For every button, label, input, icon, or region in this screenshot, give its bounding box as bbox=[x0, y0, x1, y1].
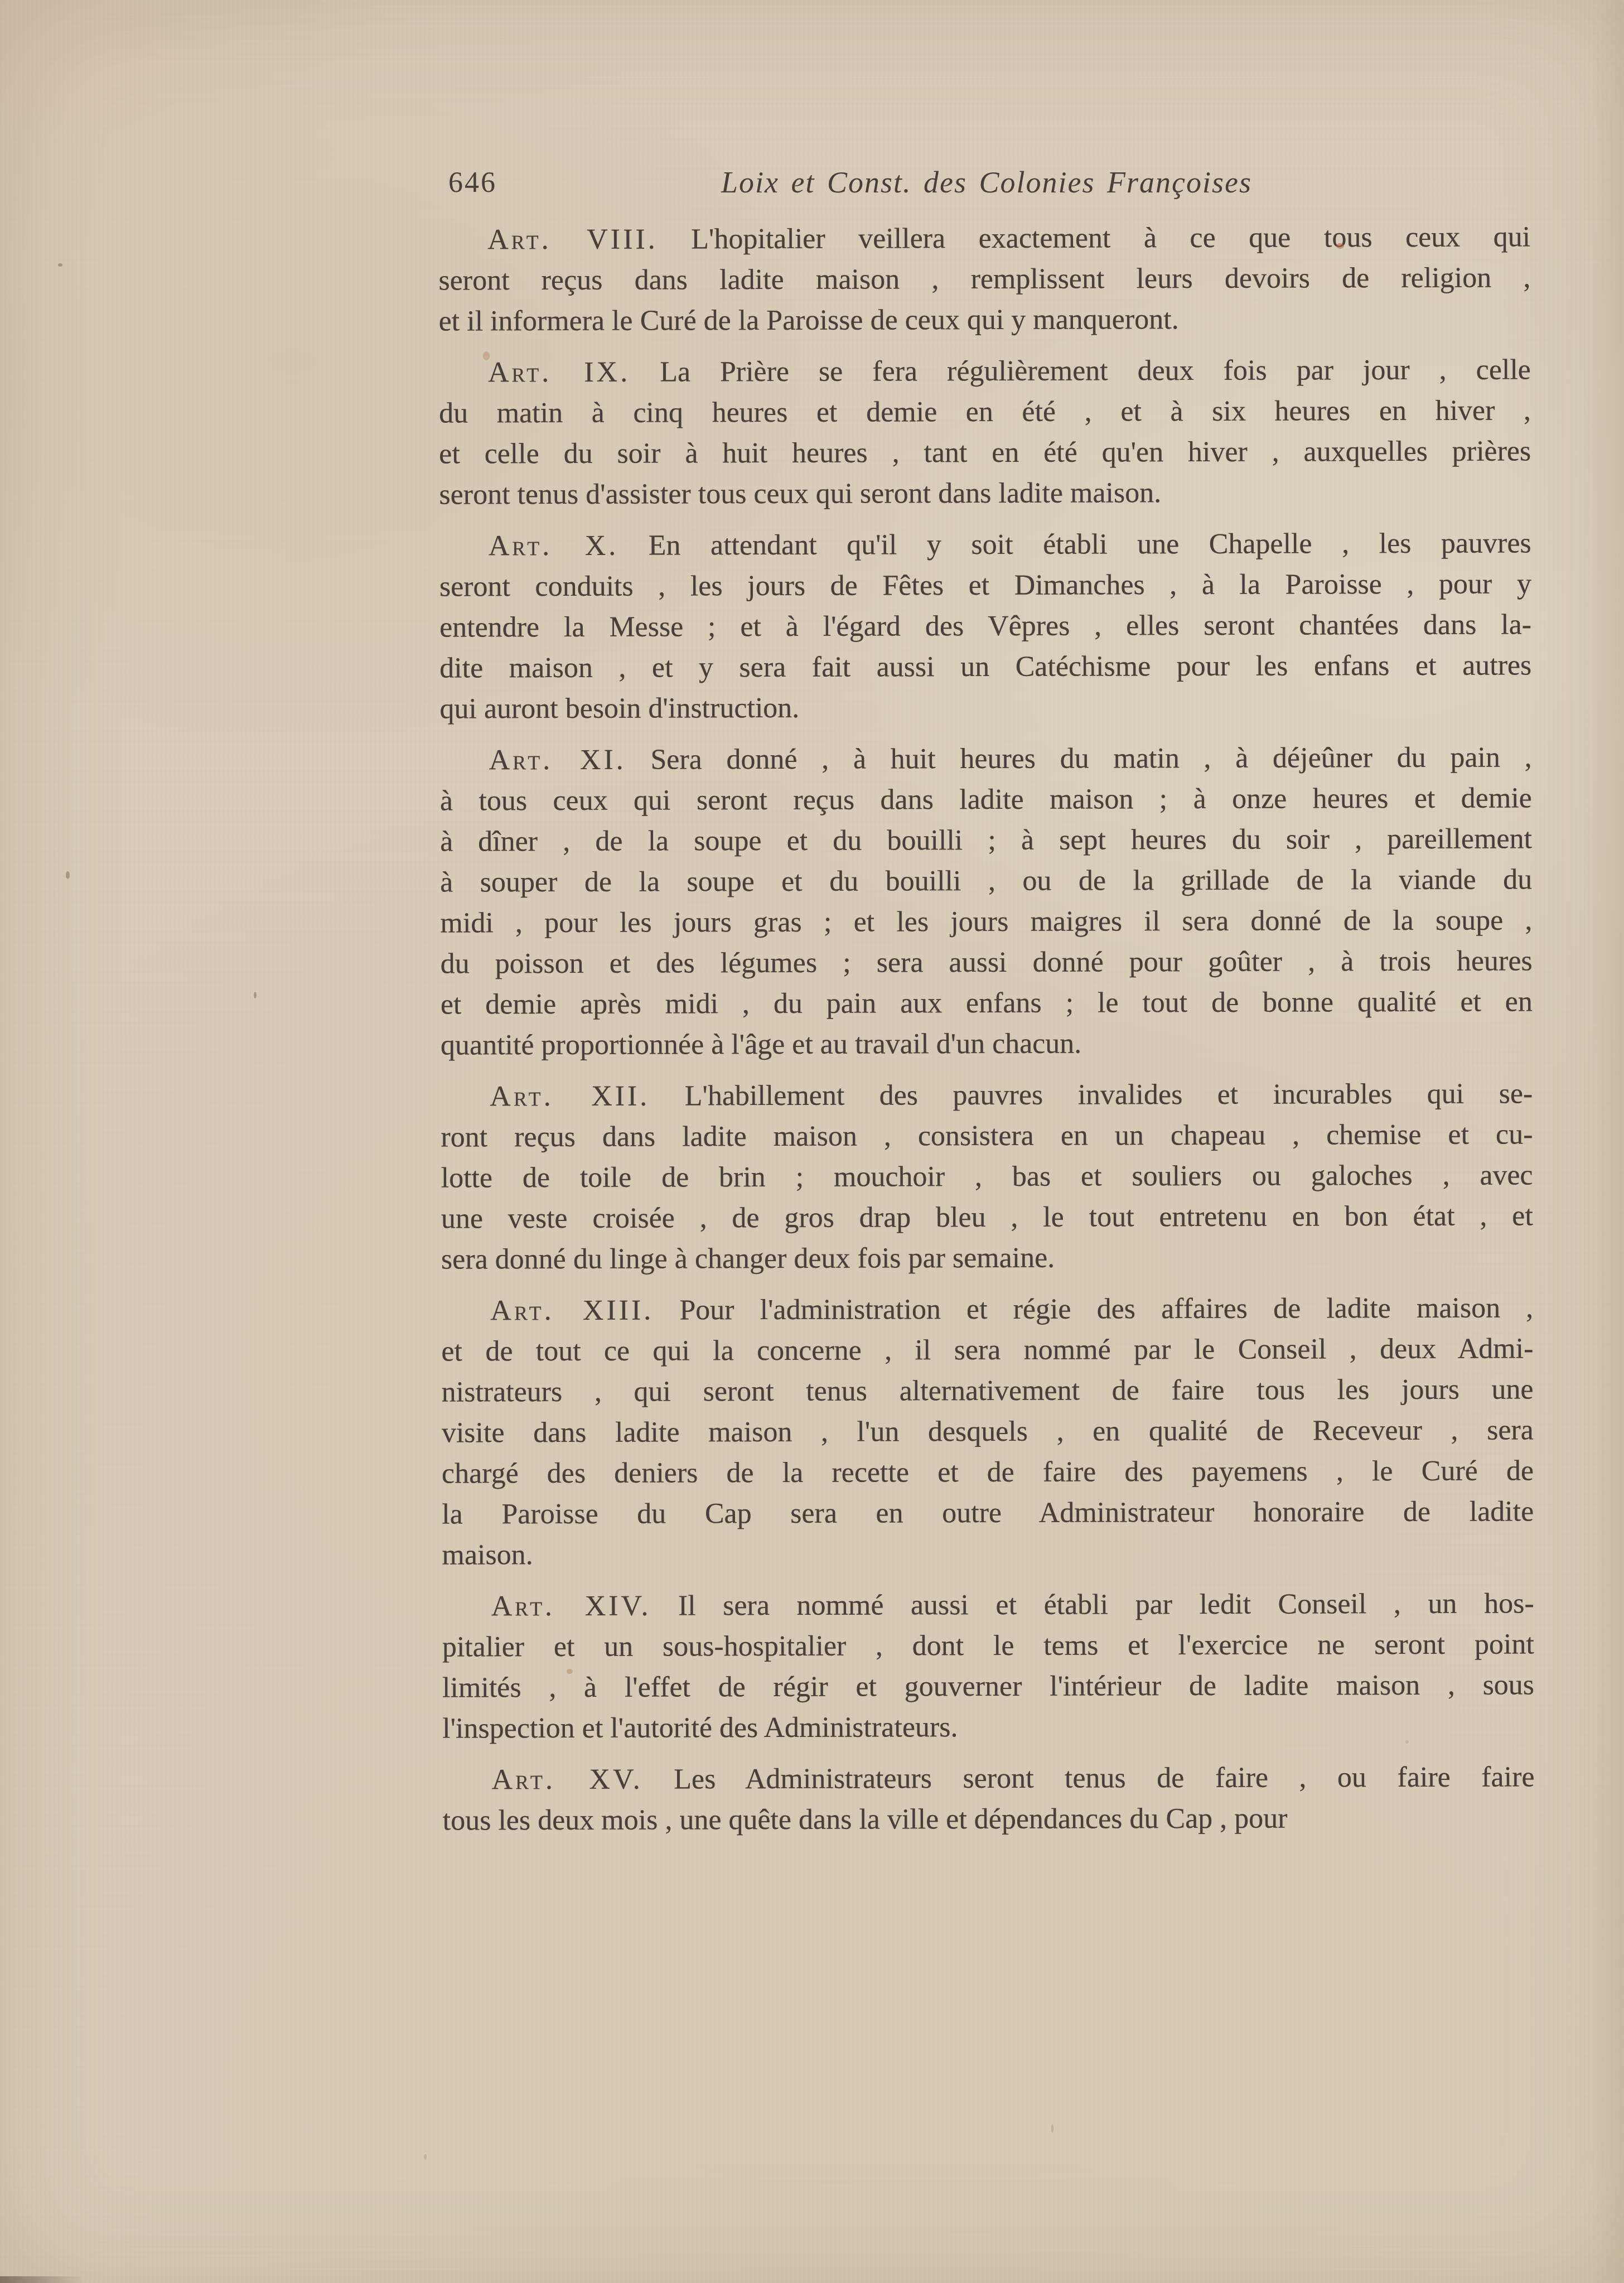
text-line: l'inspection et l'autorité des Administr… bbox=[442, 1705, 1534, 1749]
running-title: Loix et Const. des Colonies Françoises bbox=[721, 166, 1252, 199]
text-line: à souper de la soupe et du bouilli , ou … bbox=[440, 859, 1532, 902]
text-line: qui auront besoin d'instruction. bbox=[439, 686, 1531, 729]
text-line: du poisson et des légumes ; sera aussi d… bbox=[441, 940, 1533, 984]
text-line: et de tout ce qui la concerne , il sera … bbox=[441, 1328, 1533, 1372]
text-line: tous les deux mois , une quête dans la v… bbox=[443, 1797, 1535, 1841]
text-line: dite maison , et y sera fait aussi un Ca… bbox=[439, 645, 1531, 688]
paper-speck bbox=[58, 263, 62, 267]
text-line: limités , à l'effet de régir et gouverne… bbox=[442, 1664, 1534, 1708]
text-line: la Paroisse du Cap sera en outre Adminis… bbox=[442, 1491, 1534, 1534]
text-line: une veste croisée , de gros drap bleu , … bbox=[441, 1195, 1533, 1239]
text-line: et demie après midi , du pain aux enfans… bbox=[441, 981, 1533, 1025]
text-line: midi , pour les jours gras ; et les jour… bbox=[440, 900, 1532, 943]
text-line: Art. VIII. L'hopitalier veillera exactem… bbox=[438, 216, 1530, 260]
text-line: Art. XV. Les Administrateurs seront tenu… bbox=[442, 1756, 1534, 1800]
text-line: Art. XIII. Pour l'administration et régi… bbox=[441, 1287, 1533, 1331]
text-line: maison. bbox=[442, 1532, 1534, 1575]
text-line: quantité proportionnée à l'âge et au tra… bbox=[441, 1022, 1533, 1065]
text-line: et celle du soir à huit heures , tant en… bbox=[439, 431, 1531, 474]
page-header: 646 Loix et Const. des Colonies François… bbox=[441, 165, 1533, 200]
article-label: Art. VIII. bbox=[487, 224, 658, 256]
article-label: Art. IX. bbox=[488, 356, 630, 389]
article-x: Art. X. En attendant qu'il y soit établi… bbox=[439, 523, 1532, 729]
text-block: Art. VIII. L'hopitalier veillera exactem… bbox=[438, 216, 1535, 1851]
article-viii: Art. VIII. L'hopitalier veillera exactem… bbox=[438, 216, 1531, 341]
text-line: entendre la Messe ; et à l'égard des Vêp… bbox=[439, 604, 1531, 648]
page-number: 646 bbox=[448, 166, 497, 199]
article-ix: Art. IX. La Prière se fera régulièrement… bbox=[439, 349, 1531, 515]
article-label: Art. XI. bbox=[489, 744, 626, 776]
scanned-book-page: 646 Loix et Const. des Colonies François… bbox=[0, 0, 1624, 2283]
text-line: et il informera le Curé de la Paroisse d… bbox=[439, 298, 1531, 341]
text-line: seront reçus dans ladite maison , rempli… bbox=[438, 257, 1530, 301]
paper-speck bbox=[1051, 2124, 1053, 2133]
article-xiv: Art. XIV. Il sera nommé aussi et établi … bbox=[442, 1583, 1535, 1749]
text-line: à tous ceux qui seront reçus dans ladite… bbox=[440, 778, 1532, 821]
text-line: ront reçus dans ladite maison , consiste… bbox=[441, 1114, 1533, 1157]
text-line: Art. IX. La Prière se fera régulièrement… bbox=[439, 349, 1531, 393]
text-line: pitalier et un sous-hospitalier , dont l… bbox=[442, 1624, 1534, 1667]
article-label: Art. X. bbox=[489, 530, 619, 562]
text-line: Art. X. En attendant qu'il y soit établi… bbox=[439, 523, 1531, 566]
text-line: visite dans ladite maison , l'un desquel… bbox=[442, 1410, 1534, 1453]
article-label: Art. XV. bbox=[491, 1764, 642, 1796]
text-line: seront tenus d'assister tous ceux qui se… bbox=[439, 471, 1531, 515]
text-line: Art. XI. Sera donné , à huit heures du m… bbox=[440, 737, 1532, 780]
article-xi: Art. XI. Sera donné , à huit heures du m… bbox=[440, 737, 1533, 1065]
article-label: Art. XIII. bbox=[490, 1295, 654, 1327]
article-label: Art. XIV. bbox=[491, 1590, 651, 1623]
text-line: seront conduits , les jours de Fêtes et … bbox=[439, 563, 1531, 607]
text-line: à dîner , de la soupe et du bouilli ; à … bbox=[440, 818, 1532, 862]
text-line: Art. XII. L'habillement des pauvres inva… bbox=[441, 1073, 1533, 1117]
text-line: lotte de toile de brin ; mouchoir , bas … bbox=[441, 1155, 1533, 1198]
scan-edge-shadow bbox=[0, 2276, 84, 2283]
article-xv: Art. XV. Les Administrateurs seront tenu… bbox=[442, 1756, 1534, 1841]
paper-speck bbox=[66, 871, 70, 879]
article-label: Art. XII. bbox=[490, 1080, 650, 1113]
paper-speck bbox=[424, 2154, 427, 2160]
text-line: Art. XIV. Il sera nommé aussi et établi … bbox=[442, 1583, 1534, 1626]
text-line: chargé des deniers de la recette et de f… bbox=[442, 1450, 1534, 1494]
article-xii: Art. XII. L'habillement des pauvres inva… bbox=[441, 1073, 1533, 1280]
text-line: du matin à cinq heures et demie en été ,… bbox=[439, 390, 1531, 433]
article-xiii: Art. XIII. Pour l'administration et régi… bbox=[441, 1287, 1534, 1575]
scan-right-shade bbox=[1591, 0, 1624, 2283]
text-line: sera donné du linge à changer deux fois … bbox=[441, 1236, 1533, 1280]
text-line: nistrateurs , qui seront tenus alternati… bbox=[442, 1369, 1534, 1412]
paper-speck bbox=[254, 992, 257, 998]
